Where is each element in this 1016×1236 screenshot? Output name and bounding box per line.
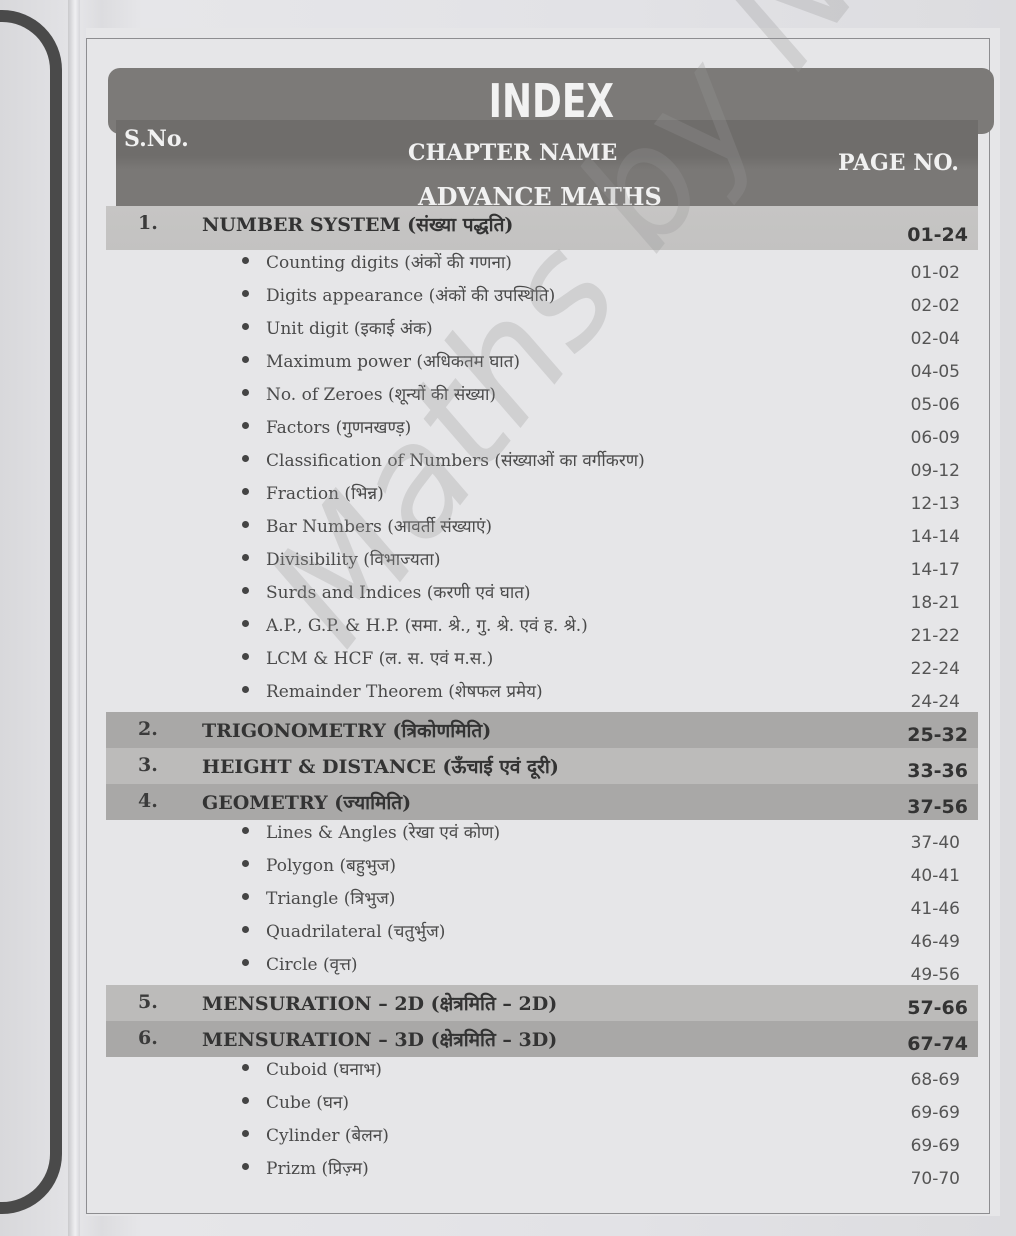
topic-title: Polygon (बहुभुज): [266, 853, 396, 876]
topic-page-range: 41-46: [911, 899, 960, 919]
bullet-icon: [242, 554, 249, 561]
bullet-icon: [242, 488, 249, 495]
topic-title: Divisibility (विभाज्यता): [266, 547, 440, 570]
topic-page-range: 22-24: [911, 659, 960, 679]
topic-title: A.P., G.P. & H.P. (समा. श्रे., गु. श्रे.…: [266, 613, 588, 636]
bullet-icon: [242, 926, 249, 933]
chapter-row: 2.TRIGONOMETRY (त्रिकोणमिति)25-32: [106, 712, 978, 748]
chapter-page-range: 01-24: [907, 224, 968, 246]
topic-row: Maximum power (अधिकतम घात)04-05: [106, 349, 978, 382]
topic-row: Factors (गुणनखण्ड़)06-09: [106, 415, 978, 448]
topic-title: Classification of Numbers (संख्याओं का व…: [266, 448, 645, 471]
chapter-number: 4.: [138, 790, 158, 812]
chapter-title: GEOMETRY (ज्यामिति): [202, 789, 411, 815]
topic-row: No. of Zeroes (शून्यों की संख्या)05-06: [106, 382, 978, 415]
chapter-number: 6.: [138, 1027, 158, 1049]
bullet-icon: [242, 620, 249, 627]
chapter-title: HEIGHT & DISTANCE (ऊँचाई एवं दूरी): [202, 753, 559, 779]
bullet-icon: [242, 389, 249, 396]
topic-page-range: 68-69: [911, 1070, 960, 1090]
chapter-title: NUMBER SYSTEM (संख्या पद्धति): [202, 211, 513, 237]
bullet-icon: [242, 1097, 249, 1104]
topic-row: A.P., G.P. & H.P. (समा. श्रे., गु. श्रे.…: [106, 613, 978, 646]
topic-row: Cube (घन)69-69: [106, 1090, 978, 1123]
topic-row: Classification of Numbers (संख्याओं का व…: [106, 448, 978, 481]
topic-page-range: 49-56: [911, 965, 960, 985]
bullet-icon: [242, 893, 249, 900]
topic-row: Triangle (त्रिभुज)41-46: [106, 886, 978, 919]
topic-page-range: 05-06: [911, 395, 960, 415]
topic-row: Polygon (बहुभुज)40-41: [106, 853, 978, 886]
bullet-icon: [242, 959, 249, 966]
topic-title: Remainder Theorem (शेषफल प्रमेय): [266, 679, 543, 702]
topic-page-range: 02-02: [911, 296, 960, 316]
topic-page-range: 40-41: [911, 866, 960, 886]
topic-title: Digits appearance (अंकों की उपस्थिति): [266, 283, 555, 306]
topic-row: Unit digit (इकाई अंक)02-04: [106, 316, 978, 349]
bullet-icon: [242, 1163, 249, 1170]
book-spine: [68, 0, 80, 1236]
topic-row: Digits appearance (अंकों की उपस्थिति)02-…: [106, 283, 978, 316]
bullet-icon: [242, 323, 249, 330]
topic-row: Bar Numbers (आवर्ती संख्याएं)14-14: [106, 514, 978, 547]
bullet-icon: [242, 290, 249, 297]
chapter-number: 3.: [138, 754, 158, 776]
bullet-icon: [242, 1130, 249, 1137]
chapter-number: 1.: [138, 212, 158, 234]
topic-page-range: 69-69: [911, 1136, 960, 1156]
chapter-name-header: CHAPTER NAME: [408, 140, 617, 166]
topic-title: Cylinder (बेलन): [266, 1123, 389, 1146]
topic-title: Fraction (भिन्न): [266, 481, 384, 504]
topic-page-range: 12-13: [911, 494, 960, 514]
topic-page-range: 14-17: [911, 560, 960, 580]
topic-row: Circle (वृत्त)49-56: [106, 952, 978, 985]
topic-page-range: 14-14: [911, 527, 960, 547]
topic-page-range: 37-40: [911, 833, 960, 853]
topic-page-range: 18-21: [911, 593, 960, 613]
topic-row: Lines & Angles (रेखा एवं कोण)37-40: [106, 820, 978, 853]
topic-title: Prizm (प्रिज़्म): [266, 1156, 369, 1179]
chapter-row: 3.HEIGHT & DISTANCE (ऊँचाई एवं दूरी)33-3…: [106, 748, 978, 784]
topic-row: Fraction (भिन्न)12-13: [106, 481, 978, 514]
topic-title: Triangle (त्रिभुज): [266, 886, 395, 909]
topic-page-range: 01-02: [911, 263, 960, 283]
chapter-page-range: 57-66: [907, 997, 968, 1019]
topic-title: No. of Zeroes (शून्यों की संख्या): [266, 382, 496, 405]
sno-header: S.No.: [124, 126, 189, 152]
index-page: INDEX S.No. CHAPTER NAME PAGE NO. ADVANC…: [86, 28, 1000, 1216]
chapter-row: 1.NUMBER SYSTEM (संख्या पद्धति)01-24: [106, 206, 978, 250]
topic-row: Prizm (प्रिज़्म)70-70: [106, 1156, 978, 1189]
bullet-icon: [242, 356, 249, 363]
topic-row: Divisibility (विभाज्यता)14-17: [106, 547, 978, 580]
chapter-page-range: 67-74: [907, 1033, 968, 1055]
topic-page-range: 46-49: [911, 932, 960, 952]
chapter-title: MENSURATION – 2D (क्षेत्रमिति – 2D): [202, 990, 557, 1016]
bullet-icon: [242, 422, 249, 429]
bullet-icon: [242, 1064, 249, 1071]
topic-row: Quadrilateral (चतुर्भुज)46-49: [106, 919, 978, 952]
chapter-page-range: 33-36: [907, 760, 968, 782]
topic-title: Lines & Angles (रेखा एवं कोण): [266, 820, 500, 843]
topic-row: Cuboid (घनाभ)68-69: [106, 1057, 978, 1090]
topic-title: Factors (गुणनखण्ड़): [266, 415, 411, 438]
topic-page-range: 04-05: [911, 362, 960, 382]
topic-row: LCM & HCF (ल. स. एवं म.स.)22-24: [106, 646, 978, 679]
topic-page-range: 24-24: [911, 692, 960, 712]
bullet-icon: [242, 587, 249, 594]
topic-row: Remainder Theorem (शेषफल प्रमेय)24-24: [106, 679, 978, 712]
chapter-row: 4.GEOMETRY (ज्यामिति)37-56: [106, 784, 978, 820]
topic-title: Bar Numbers (आवर्ती संख्याएं): [266, 514, 492, 537]
bullet-icon: [242, 686, 249, 693]
topic-title: Unit digit (इकाई अंक): [266, 316, 433, 339]
bullet-icon: [242, 827, 249, 834]
topic-page-range: 06-09: [911, 428, 960, 448]
topic-title: Maximum power (अधिकतम घात): [266, 349, 520, 372]
bullet-icon: [242, 860, 249, 867]
topic-page-range: 09-12: [911, 461, 960, 481]
chapter-number: 2.: [138, 718, 158, 740]
chapter-title: MENSURATION – 3D (क्षेत्रमिति – 3D): [202, 1026, 557, 1052]
topic-page-range: 70-70: [911, 1169, 960, 1189]
topic-page-range: 69-69: [911, 1103, 960, 1123]
topic-row: Surds and Indices (करणी एवं घात)18-21: [106, 580, 978, 613]
topic-title: Cuboid (घनाभ): [266, 1057, 382, 1080]
table-header: S.No. CHAPTER NAME PAGE NO. ADVANCE MATH…: [116, 120, 978, 210]
topic-title: Cube (घन): [266, 1090, 349, 1113]
chapter-title: TRIGONOMETRY (त्रिकोणमिति): [202, 717, 491, 743]
chapter-number: 5.: [138, 991, 158, 1013]
index-table-body: 1.NUMBER SYSTEM (संख्या पद्धति)01-24Coun…: [106, 206, 978, 1189]
topic-title: Quadrilateral (चतुर्भुज): [266, 919, 445, 942]
topic-title: Surds and Indices (करणी एवं घात): [266, 580, 531, 603]
topic-title: LCM & HCF (ल. स. एवं म.स.): [266, 646, 493, 669]
bullet-icon: [242, 653, 249, 660]
topic-row: Counting digits (अंकों की गणना)01-02: [106, 250, 978, 283]
bullet-icon: [242, 257, 249, 264]
chapter-page-range: 37-56: [907, 796, 968, 818]
bullet-icon: [242, 521, 249, 528]
topic-row: Cylinder (बेलन)69-69: [106, 1123, 978, 1156]
previous-page-border: [0, 10, 62, 1214]
chapter-row: 5.MENSURATION – 2D (क्षेत्रमिति – 2D)57-…: [106, 985, 978, 1021]
topic-title: Counting digits (अंकों की गणना): [266, 250, 512, 273]
chapter-page-range: 25-32: [907, 724, 968, 746]
topic-page-range: 21-22: [911, 626, 960, 646]
bullet-icon: [242, 455, 249, 462]
topic-page-range: 02-04: [911, 329, 960, 349]
topic-title: Circle (वृत्त): [266, 952, 357, 975]
page-no-header: PAGE NO.: [838, 150, 959, 176]
chapter-row: 6.MENSURATION – 3D (क्षेत्रमिति – 3D)67-…: [106, 1021, 978, 1057]
